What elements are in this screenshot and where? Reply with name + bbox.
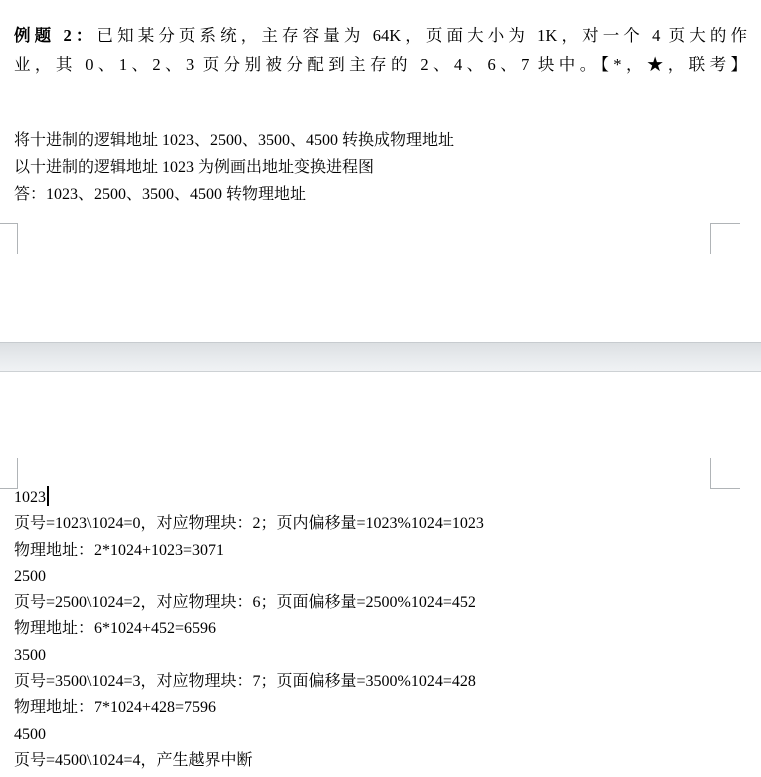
title-line-2[interactable]: 业，其 0、1、2、3 页分别被分配到主存的 2、4、6、7 块中。【*，★，联… bbox=[14, 50, 747, 79]
answer-line-2500-physaddr[interactable]: 物理地址：6*1024+452=6596 bbox=[14, 616, 747, 642]
title-text-continued: 业，其 0、1、2、3 页分别被分配到主存的 2、4、6、7 块中。【*，★，联… bbox=[14, 55, 747, 74]
title-line-1[interactable]: 例题 2：已知某分页系统，主存容量为 64K，页面大小为 1K，对一个 4 页大… bbox=[14, 21, 747, 50]
task-paragraphs[interactable]: 将十进制的逻辑地址 1023、2500、3500、4500 转换成物理地址 以十… bbox=[14, 127, 747, 208]
answer-text: 1023 bbox=[14, 489, 46, 506]
answer-line-1023-heading[interactable]: 1023 bbox=[14, 485, 747, 511]
text-cursor bbox=[47, 486, 49, 506]
example-title-paragraph[interactable]: 例题 2：已知某分页系统，主存容量为 64K，页面大小为 1K，对一个 4 页大… bbox=[14, 21, 747, 79]
task-line-diagram[interactable]: 以十进制的逻辑地址 1023 为例画出地址变换进程图 bbox=[14, 154, 747, 181]
answer-line-3500-pagecalc[interactable]: 页号=3500\1024=3，对应物理块：7；页面偏移量=3500%1024=4… bbox=[14, 669, 747, 695]
title-text: 已知某分页系统，主存容量为 64K，页面大小为 1K，对一个 4 页大的作 bbox=[96, 26, 747, 45]
task-line-answer-heading[interactable]: 答：1023、2500、3500、4500 转物理地址 bbox=[14, 181, 747, 208]
word-document-canvas: { "colors": { "text": "#000000", "page_b… bbox=[0, 0, 761, 777]
answer-line-4500-heading[interactable]: 4500 bbox=[14, 722, 747, 748]
page1-bottom-right-margin-mark bbox=[710, 223, 740, 254]
answer-line-3500-heading[interactable]: 3500 bbox=[14, 643, 747, 669]
answer-line-1023-pagecalc[interactable]: 页号=1023\1024=0，对应物理块：2；页内偏移量=1023%1024=1… bbox=[14, 511, 747, 537]
answer-line-4500-interrupt[interactable]: 页号=4500\1024=4，产生越界中断 bbox=[14, 748, 747, 774]
answer-paragraphs[interactable]: 1023 页号=1023\1024=0，对应物理块：2；页内偏移量=1023%1… bbox=[14, 485, 747, 774]
answer-line-1023-physaddr[interactable]: 物理地址：2*1024+1023=3071 bbox=[14, 538, 747, 564]
page1-bottom-left-margin-mark bbox=[0, 223, 18, 254]
answer-line-3500-physaddr[interactable]: 物理地址：7*1024+428=7596 bbox=[14, 695, 747, 721]
answer-line-2500-heading[interactable]: 2500 bbox=[14, 564, 747, 590]
title-label-bold: 例题 2： bbox=[14, 26, 96, 45]
task-line-convert[interactable]: 将十进制的逻辑地址 1023、2500、3500、4500 转换成物理地址 bbox=[14, 127, 747, 154]
page-break-gap bbox=[0, 342, 761, 372]
answer-line-2500-pagecalc[interactable]: 页号=2500\1024=2，对应物理块：6；页面偏移量=2500%1024=4… bbox=[14, 590, 747, 616]
